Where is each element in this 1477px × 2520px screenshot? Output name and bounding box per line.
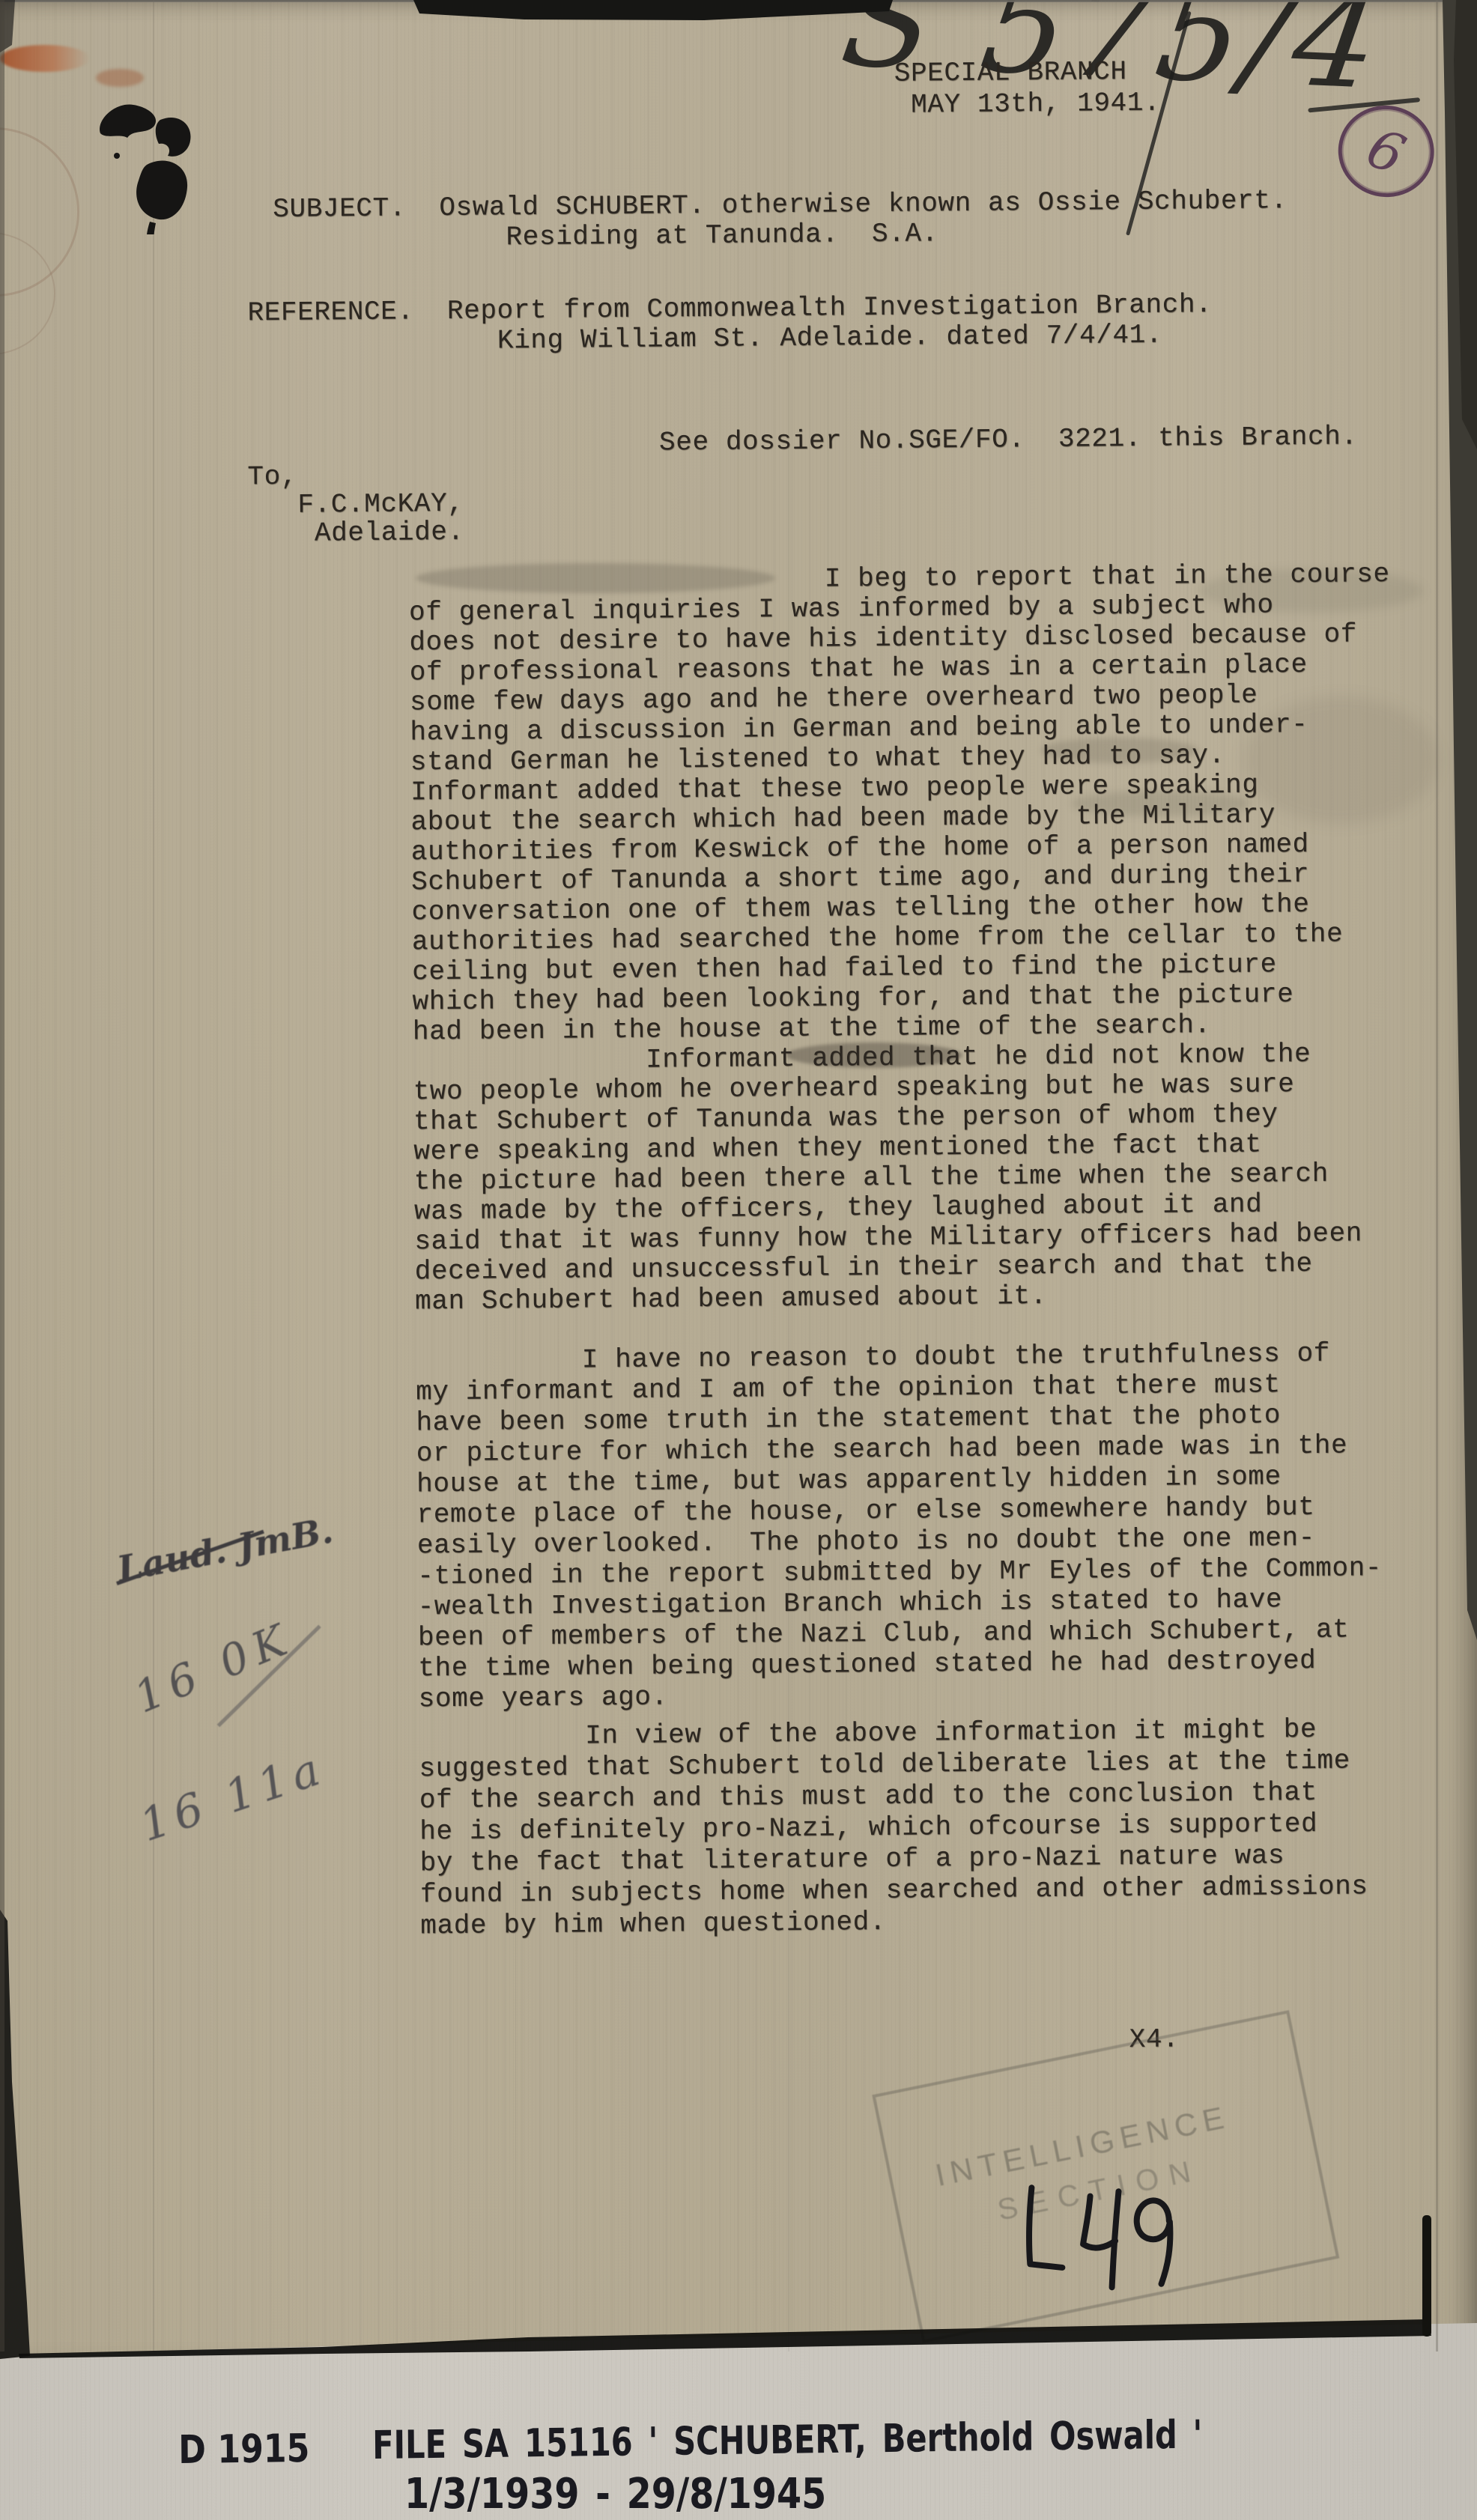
report-date: MAY 13th, 1941. xyxy=(911,88,1160,121)
page-number: 6 xyxy=(1360,120,1412,183)
body-paragraph-2: I have no reason to doubt the truthfulne… xyxy=(416,1338,1383,1714)
margin-note-initials: Laud. JmB. xyxy=(114,1511,336,1591)
document-content: S 575/4 6 SPECIAL BRANCH MAY 13th, 1941.… xyxy=(0,0,1477,2520)
body-paragraphs-1: I beg to report that in the course of ge… xyxy=(409,559,1397,1317)
margin-note-2: 16 0K xyxy=(127,1612,301,1723)
subject-block: SUBJECT. Oswald SCHUBERT. otherwise know… xyxy=(273,186,1288,255)
margin-note-3: 16 11a xyxy=(133,1742,332,1852)
body-paragraph-3: In view of the above information it migh… xyxy=(419,1713,1368,1942)
caption-date-range: 1/3/1939 - 29/8/1945 xyxy=(404,2470,826,2519)
caption-item-id: D 1915 xyxy=(178,2426,310,2473)
reference-block: REFERENCE. Report from Commonwealth Inve… xyxy=(247,290,1212,358)
recipient-block: To, F.C.McKAY, Adelaide. xyxy=(247,461,464,549)
branch-header: SPECIAL BRANCH xyxy=(894,57,1127,89)
intelligence-section-stamp: INTELLIGENCE SECTION xyxy=(872,2010,1339,2343)
scanned-document-page: S 575/4 6 SPECIAL BRANCH MAY 13th, 1941.… xyxy=(0,0,1477,2520)
dossier-note: See dossier No.SGE/FO. 3221. this Branch… xyxy=(659,422,1358,458)
margin-note-initials-text: Laud. JmB. xyxy=(114,1511,336,1591)
